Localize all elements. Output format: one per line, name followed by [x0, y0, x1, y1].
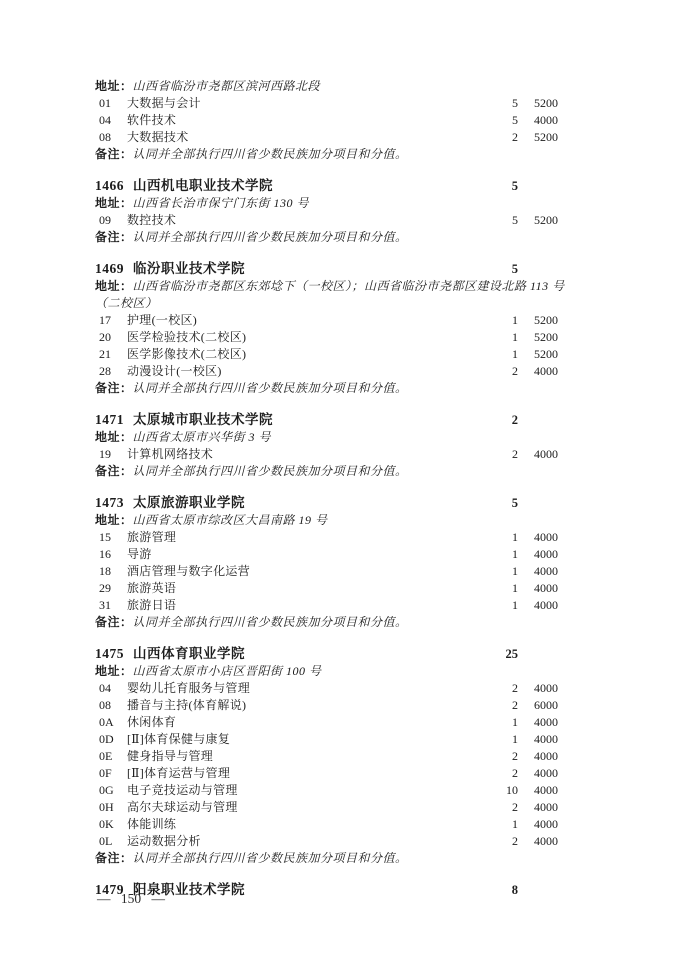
address-label: 地址： — [95, 79, 133, 93]
major-code: 18 — [99, 563, 121, 580]
major-quota: 2 — [490, 799, 518, 816]
page-number: — 150 — — [97, 891, 165, 907]
major-code: 16 — [99, 546, 121, 563]
school-name: 阳泉职业技术学院 — [133, 881, 490, 898]
school-name: 山西机电职业技术学院 — [133, 177, 490, 194]
school-section: 1471 太原城市职业技术学院 2 地址：山西省太原市兴华街 3 号 19 计算… — [95, 411, 558, 480]
major-name: 旅游日语 — [127, 597, 490, 614]
major-name: 医学检验技术(二校区) — [127, 329, 490, 346]
major-row: 16 导游 1 4000 — [95, 546, 558, 563]
major-quota: 5 — [490, 112, 518, 129]
address-text: 山西省临汾市尧都区滨河西路北段 — [133, 79, 321, 93]
major-name: 大数据技术 — [127, 129, 490, 146]
major-fee: 4000 — [518, 816, 558, 833]
address-text: 山西省临汾市尧都区东郊埝下（一校区）；山西省临汾市尧都区建设北路 113 号（二… — [95, 279, 565, 310]
school-list: 地址：山西省临汾市尧都区滨河西路北段 01 大数据与会计 5 5200 04 软… — [95, 78, 558, 899]
major-name: 播音与主持(体育解说) — [127, 697, 490, 714]
major-fee: 6000 — [518, 697, 558, 714]
school-quota: 25 — [490, 646, 518, 663]
major-code: 29 — [99, 580, 121, 597]
school-name: 临汾职业技术学院 — [133, 260, 490, 277]
school-quota: 2 — [490, 412, 518, 429]
major-name: 大数据与会计 — [127, 95, 490, 112]
major-row: 28 动漫设计(一校区) 2 4000 — [95, 363, 558, 380]
major-fee: 4000 — [518, 731, 558, 748]
school-header-row: 1466 山西机电职业技术学院 5 — [95, 177, 558, 195]
major-quota: 1 — [490, 731, 518, 748]
major-fee: 4000 — [518, 446, 558, 463]
major-name: 旅游管理 — [127, 529, 490, 546]
major-name: 体能训练 — [127, 816, 490, 833]
major-quota: 10 — [490, 782, 518, 799]
major-name: 计算机网络技术 — [127, 446, 490, 463]
school-quota: 5 — [490, 495, 518, 512]
school-section: 1469 临汾职业技术学院 5 地址：山西省临汾市尧都区东郊埝下（一校区）；山西… — [95, 260, 558, 397]
school-header-row: 1473 太原旅游职业学院 5 — [95, 494, 558, 512]
remark-text: 认同并全部执行四川省少数民族加分项目和分值。 — [133, 615, 408, 629]
major-name: 酒店管理与数字化运营 — [127, 563, 490, 580]
major-row: 0F [Ⅱ]体育运营与管理 2 4000 — [95, 765, 558, 782]
major-row: 0E 健身指导与管理 2 4000 — [95, 748, 558, 765]
major-row: 0L 运动数据分析 2 4000 — [95, 833, 558, 850]
major-fee: 4000 — [518, 112, 558, 129]
major-fee: 4000 — [518, 529, 558, 546]
major-name: 健身指导与管理 — [127, 748, 490, 765]
major-row: 15 旅游管理 1 4000 — [95, 529, 558, 546]
remark-label: 备注： — [95, 851, 133, 865]
school-quota: 5 — [490, 178, 518, 195]
major-code: 0K — [99, 816, 121, 833]
major-name: [Ⅱ]体育保健与康复 — [127, 731, 490, 748]
school-name: 山西体育职业学院 — [133, 645, 490, 662]
major-fee: 4000 — [518, 833, 558, 850]
address-label: 地址： — [95, 513, 133, 527]
major-fee: 4000 — [518, 546, 558, 563]
remark-text: 认同并全部执行四川省少数民族加分项目和分值。 — [133, 464, 408, 478]
major-name: 电子竞技运动与管理 — [127, 782, 490, 799]
major-row: 20 医学检验技术(二校区) 1 5200 — [95, 329, 558, 346]
major-code: 0D — [99, 731, 121, 748]
major-row: 04 软件技术 5 4000 — [95, 112, 558, 129]
major-quota: 5 — [490, 212, 518, 229]
major-row: 09 数控技术 5 5200 — [95, 212, 558, 229]
remark-label: 备注： — [95, 381, 133, 395]
major-fee: 4000 — [518, 680, 558, 697]
address-text: 山西省太原市综改区大昌南路 19 号 — [133, 513, 328, 527]
address-text: 山西省太原市兴华街 3 号 — [133, 430, 272, 444]
major-quota: 2 — [490, 765, 518, 782]
remark-label: 备注： — [95, 464, 133, 478]
major-code: 08 — [99, 129, 121, 146]
major-code: 08 — [99, 697, 121, 714]
major-quota: 2 — [490, 129, 518, 146]
major-row: 31 旅游日语 1 4000 — [95, 597, 558, 614]
major-quota: 2 — [490, 833, 518, 850]
school-code: 1469 — [95, 260, 124, 277]
remark-line: 备注：认同并全部执行四川省少数民族加分项目和分值。 — [95, 380, 573, 397]
major-row: 0K 体能训练 1 4000 — [95, 816, 558, 833]
major-quota: 1 — [490, 546, 518, 563]
remark-text: 认同并全部执行四川省少数民族加分项目和分值。 — [133, 230, 408, 244]
major-fee: 4000 — [518, 748, 558, 765]
major-quota: 2 — [490, 363, 518, 380]
major-quota: 5 — [490, 95, 518, 112]
major-code: 0A — [99, 714, 121, 731]
major-code: 19 — [99, 446, 121, 463]
major-fee: 5200 — [518, 329, 558, 346]
major-quota: 1 — [490, 312, 518, 329]
major-quota: 1 — [490, 580, 518, 597]
major-fee: 4000 — [518, 799, 558, 816]
major-quota: 2 — [490, 446, 518, 463]
major-quota: 1 — [490, 329, 518, 346]
major-code: 28 — [99, 363, 121, 380]
major-code: 01 — [99, 95, 121, 112]
major-quota: 2 — [490, 748, 518, 765]
remark-line: 备注：认同并全部执行四川省少数民族加分项目和分值。 — [95, 146, 573, 163]
major-row: 08 大数据技术 2 5200 — [95, 129, 558, 146]
major-code: 15 — [99, 529, 121, 546]
major-code: 20 — [99, 329, 121, 346]
school-section: 1475 山西体育职业学院 25 地址：山西省太原市小店区晋阳街 100 号 0… — [95, 645, 558, 867]
address-line: 地址：山西省临汾市尧都区东郊埝下（一校区）；山西省临汾市尧都区建设北路 113 … — [95, 278, 573, 312]
major-name: 数控技术 — [127, 212, 490, 229]
major-fee: 4000 — [518, 782, 558, 799]
major-row: 0A 休闲体育 1 4000 — [95, 714, 558, 731]
major-row: 08 播音与主持(体育解说) 2 6000 — [95, 697, 558, 714]
document-page: 地址：山西省临汾市尧都区滨河西路北段 01 大数据与会计 5 5200 04 软… — [0, 0, 680, 961]
school-header-row: 1469 临汾职业技术学院 5 — [95, 260, 558, 278]
major-code: 0F — [99, 765, 121, 782]
address-line: 地址：山西省太原市综改区大昌南路 19 号 — [95, 512, 573, 529]
major-quota: 1 — [490, 597, 518, 614]
major-fee: 4000 — [518, 563, 558, 580]
remark-line: 备注：认同并全部执行四川省少数民族加分项目和分值。 — [95, 850, 573, 867]
major-code: 09 — [99, 212, 121, 229]
address-line: 地址：山西省太原市兴华街 3 号 — [95, 429, 573, 446]
major-fee: 4000 — [518, 363, 558, 380]
address-label: 地址： — [95, 196, 133, 210]
major-fee: 4000 — [518, 580, 558, 597]
address-label: 地址： — [95, 279, 133, 293]
major-quota: 1 — [490, 529, 518, 546]
major-row: 29 旅游英语 1 4000 — [95, 580, 558, 597]
school-section: 1466 山西机电职业技术学院 5 地址：山西省长治市保宁门东街 130 号 0… — [95, 177, 558, 246]
major-quota: 2 — [490, 680, 518, 697]
address-text: 山西省太原市小店区晋阳街 100 号 — [133, 664, 322, 678]
school-section-continued: 地址：山西省临汾市尧都区滨河西路北段 01 大数据与会计 5 5200 04 软… — [95, 78, 558, 163]
school-section: 1473 太原旅游职业学院 5 地址：山西省太原市综改区大昌南路 19 号 15… — [95, 494, 558, 631]
major-name: 医学影像技术(二校区) — [127, 346, 490, 363]
major-fee: 5200 — [518, 212, 558, 229]
major-fee: 4000 — [518, 597, 558, 614]
major-code: 21 — [99, 346, 121, 363]
major-row: 17 护理(一校区) 1 5200 — [95, 312, 558, 329]
school-name: 太原城市职业技术学院 — [133, 411, 490, 428]
major-quota: 1 — [490, 714, 518, 731]
address-label: 地址： — [95, 430, 133, 444]
major-fee: 4000 — [518, 765, 558, 782]
school-code: 1475 — [95, 645, 124, 662]
address-text: 山西省长治市保宁门东街 130 号 — [133, 196, 310, 210]
school-quota: 8 — [490, 882, 518, 899]
major-name: [Ⅱ]体育运营与管理 — [127, 765, 490, 782]
major-name: 护理(一校区) — [127, 312, 490, 329]
major-fee: 4000 — [518, 714, 558, 731]
major-code: 0E — [99, 748, 121, 765]
remark-label: 备注： — [95, 230, 133, 244]
major-code: 0H — [99, 799, 121, 816]
major-name: 动漫设计(一校区) — [127, 363, 490, 380]
school-code: 1466 — [95, 177, 124, 194]
major-code: 0L — [99, 833, 121, 850]
major-quota: 1 — [490, 816, 518, 833]
remark-text: 认同并全部执行四川省少数民族加分项目和分值。 — [133, 851, 408, 865]
major-name: 旅游英语 — [127, 580, 490, 597]
major-quota: 1 — [490, 563, 518, 580]
remark-line: 备注：认同并全部执行四川省少数民族加分项目和分值。 — [95, 463, 573, 480]
major-row: 18 酒店管理与数字化运营 1 4000 — [95, 563, 558, 580]
school-header-row: 1475 山西体育职业学院 25 — [95, 645, 558, 663]
major-code: 04 — [99, 112, 121, 129]
major-name: 高尔夫球运动与管理 — [127, 799, 490, 816]
major-row: 19 计算机网络技术 2 4000 — [95, 446, 558, 463]
address-line: 地址：山西省长治市保宁门东街 130 号 — [95, 195, 573, 212]
major-code: 17 — [99, 312, 121, 329]
major-name: 软件技术 — [127, 112, 490, 129]
major-name: 婴幼儿托育服务与管理 — [127, 680, 490, 697]
major-row: 04 婴幼儿托育服务与管理 2 4000 — [95, 680, 558, 697]
remark-line: 备注：认同并全部执行四川省少数民族加分项目和分值。 — [95, 614, 573, 631]
school-name: 太原旅游职业学院 — [133, 494, 490, 511]
school-code: 1471 — [95, 411, 124, 428]
school-quota: 5 — [490, 261, 518, 278]
address-line: 地址：山西省临汾市尧都区滨河西路北段 — [95, 78, 573, 95]
remark-text: 认同并全部执行四川省少数民族加分项目和分值。 — [133, 381, 408, 395]
major-row: 01 大数据与会计 5 5200 — [95, 95, 558, 112]
major-name: 导游 — [127, 546, 490, 563]
remark-text: 认同并全部执行四川省少数民族加分项目和分值。 — [133, 147, 408, 161]
major-fee: 5200 — [518, 312, 558, 329]
major-code: 04 — [99, 680, 121, 697]
address-label: 地址： — [95, 664, 133, 678]
major-fee: 5200 — [518, 95, 558, 112]
major-row: 0H 高尔夫球运动与管理 2 4000 — [95, 799, 558, 816]
major-fee: 5200 — [518, 129, 558, 146]
major-row: 0D [Ⅱ]体育保健与康复 1 4000 — [95, 731, 558, 748]
remark-label: 备注： — [95, 147, 133, 161]
major-name: 运动数据分析 — [127, 833, 490, 850]
major-row: 0G 电子竞技运动与管理 10 4000 — [95, 782, 558, 799]
major-fee: 5200 — [518, 346, 558, 363]
major-code: 0G — [99, 782, 121, 799]
remark-line: 备注：认同并全部执行四川省少数民族加分项目和分值。 — [95, 229, 573, 246]
major-code: 31 — [99, 597, 121, 614]
remark-label: 备注： — [95, 615, 133, 629]
address-line: 地址：山西省太原市小店区晋阳街 100 号 — [95, 663, 573, 680]
major-row: 21 医学影像技术(二校区) 1 5200 — [95, 346, 558, 363]
school-header-row: 1471 太原城市职业技术学院 2 — [95, 411, 558, 429]
major-name: 休闲体育 — [127, 714, 490, 731]
school-code: 1473 — [95, 494, 124, 511]
major-quota: 2 — [490, 697, 518, 714]
major-quota: 1 — [490, 346, 518, 363]
